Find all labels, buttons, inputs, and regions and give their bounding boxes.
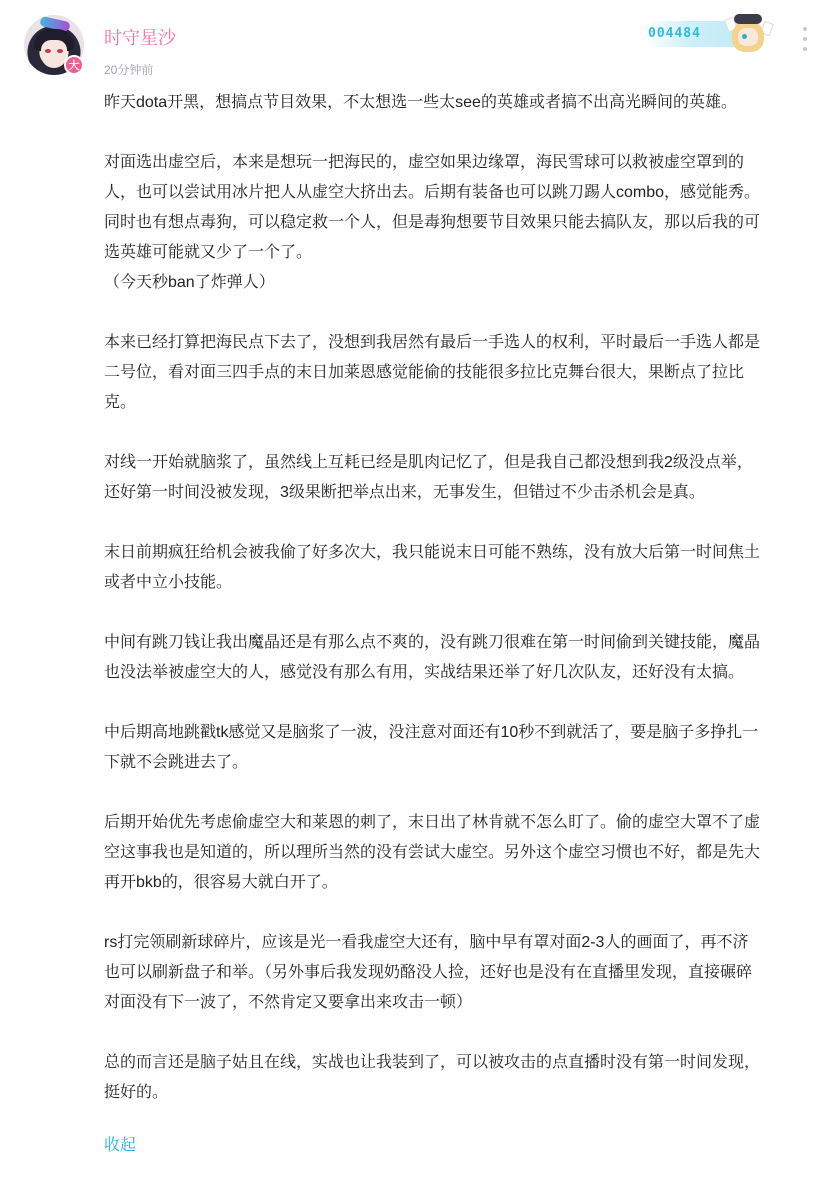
post-paragraph: 本来已经打算把海民点下去了，没想到我居然有最后一手选人的权利，平时最后一手选人都… [104, 328, 764, 418]
medal-character-icon [726, 14, 770, 54]
post-paragraph: 中后期高地跳戳tk感觉又是脑浆了一波，没注意对面还有10秒不到就活了，要是脑子多… [104, 718, 764, 778]
collapse-link[interactable]: 收起 [104, 1131, 136, 1161]
more-options-button[interactable] [800, 27, 810, 51]
post-paragraph: （今天秒ban了炸弹人） [104, 268, 764, 298]
post-paragraph: 昨天dota开黑，想搞点节目效果，不太想选一些太see的英雄或者搞不出高光瞬间的… [104, 88, 764, 118]
eye-decoration [45, 49, 51, 53]
eye-decoration [57, 49, 63, 53]
user-avatar[interactable]: 大 [24, 15, 84, 75]
character-eye [742, 34, 747, 39]
post-paragraph: 总的而言还是脑子姑且在线，实战也让我装到了，可以被攻击的点直播时没有第一时间发现… [104, 1048, 764, 1108]
post-timestamp: 20分钟前 [104, 61, 153, 78]
username-link[interactable]: 时守星沙 [104, 24, 176, 50]
character-face [738, 28, 758, 46]
post-paragraph: 同时也有想点毒狗，可以稳定救一个人，但是毒狗想要节目效果只能去搞队友，那以后我的… [104, 208, 764, 268]
post-paragraph: rs打完领刷新球碎片，应该是光一看我虚空大还有，脑中早有罩对面2-3人的画面了，… [104, 928, 764, 1018]
big-member-badge-icon: 大 [64, 55, 84, 75]
post-paragraph: 中间有跳刀钱让我出魔晶还是有那么点不爽的，没有跳刀很难在第一时间偷到关键技能，魔… [104, 628, 764, 688]
post-paragraph: 对面选出虚空后，本来是想玩一把海民的，虚空如果边缘罩，海民雪球可以救被虚空罩到的… [104, 148, 764, 208]
character-bow [734, 14, 762, 24]
more-vertical-icon [803, 27, 807, 31]
fan-medal-badge[interactable]: 004484 [646, 14, 776, 54]
post-content: 昨天dota开黑，想搞点节目效果，不太想选一些太see的英雄或者搞不出高光瞬间的… [104, 88, 764, 1108]
post-paragraph: 末日前期疯狂给机会被我偷了好多次大，我只能说末日可能不熟练，没有放大后第一时间焦… [104, 538, 764, 598]
more-vertical-icon [803, 47, 807, 51]
post-paragraph: 对线一开始就脑浆了，虽然线上互耗已经是肌肉记忆了，但是我自己都没想到我2级没点举… [104, 448, 764, 508]
more-vertical-icon [803, 37, 807, 41]
medal-number: 004484 [648, 26, 701, 41]
post-paragraph: 后期开始优先考虑偷虚空大和莱恩的刺了，末日出了林肯就不怎么盯了。偷的虚空大罩不了… [104, 808, 764, 898]
